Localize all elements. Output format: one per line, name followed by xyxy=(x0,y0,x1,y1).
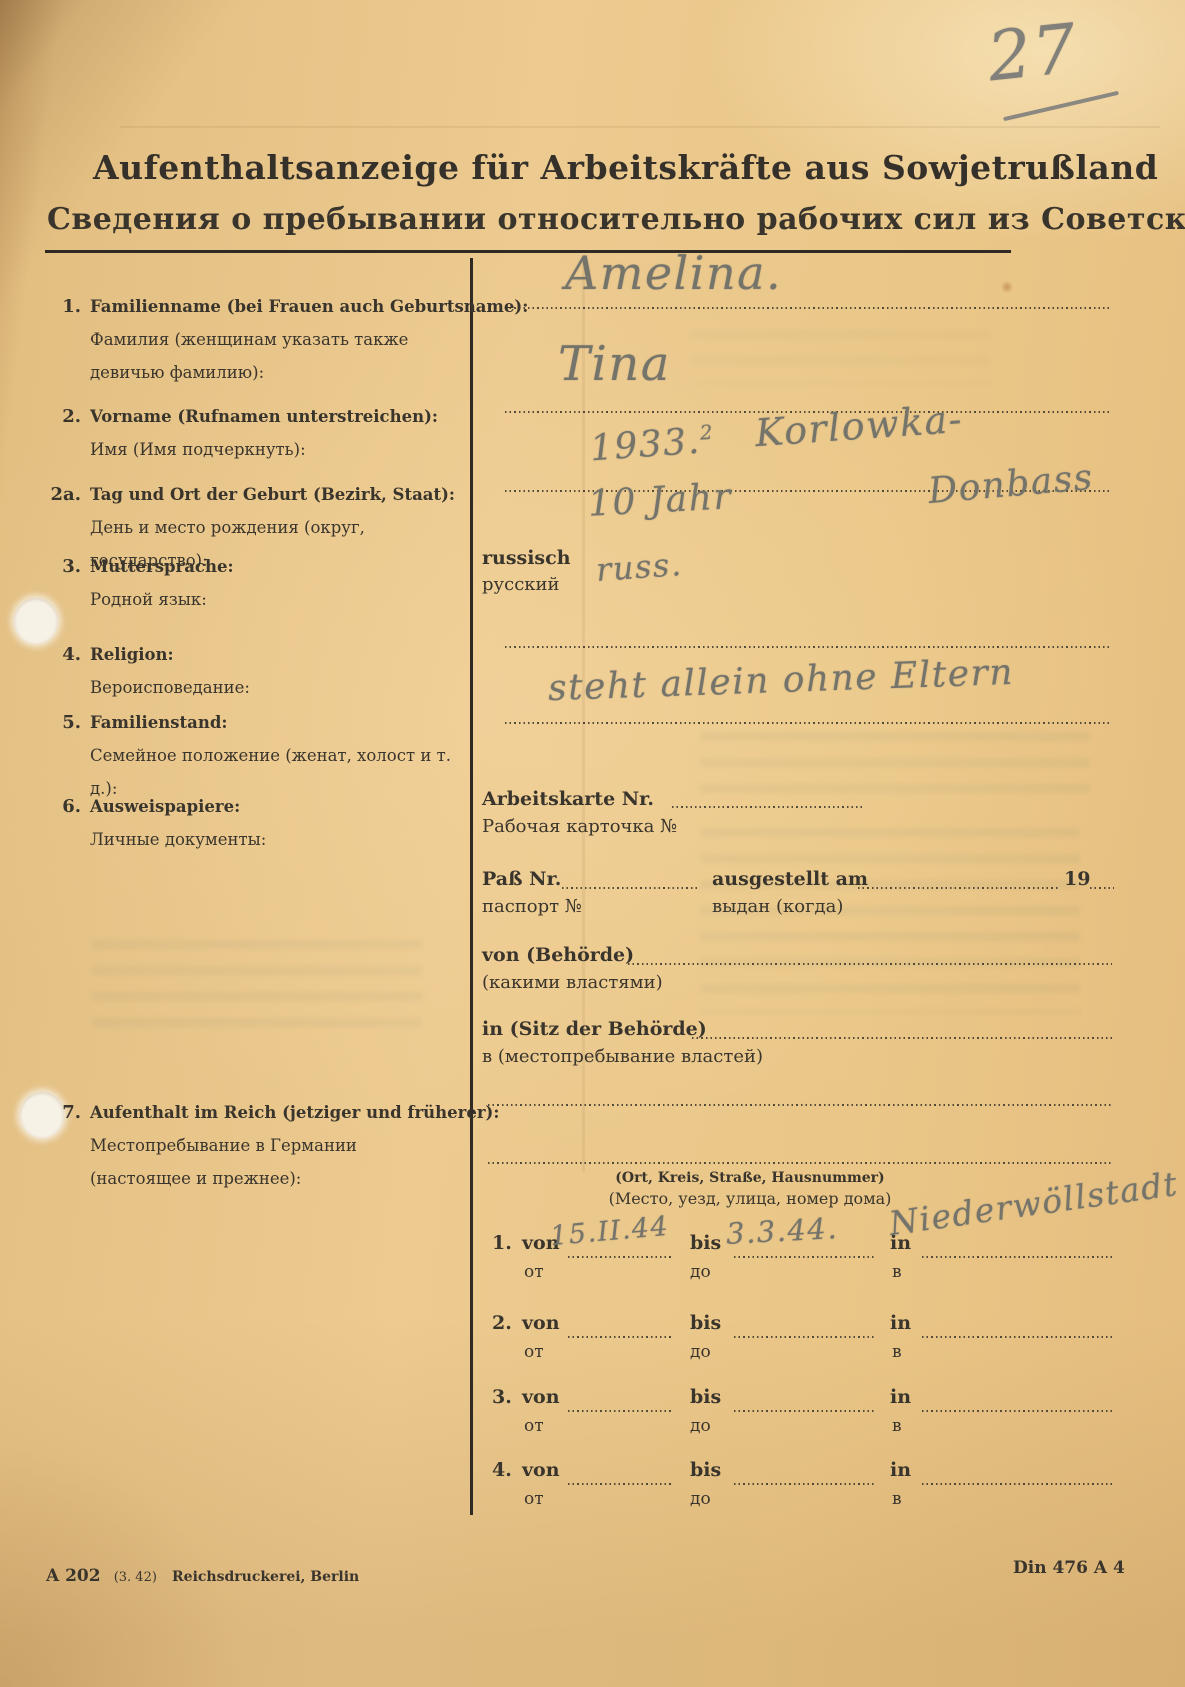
label-kakimi-vlastjami: (какими властями) xyxy=(482,972,663,993)
row-line-bis xyxy=(734,1410,876,1412)
printed-russisch: russisch xyxy=(482,547,571,569)
header-rule xyxy=(45,250,1011,253)
form-date: (3. 42) xyxy=(114,1570,157,1585)
label-bis: bis xyxy=(690,1386,721,1408)
label-in: in xyxy=(890,1459,911,1481)
label-do: до xyxy=(690,1416,711,1436)
row-number: 4. xyxy=(492,1459,512,1481)
label-ot: от xyxy=(524,1416,544,1436)
field-number: 1. xyxy=(50,290,90,389)
label-german: Familienstand: xyxy=(90,706,475,739)
row-line-von xyxy=(568,1256,674,1258)
residence-row-3: 3. von bis in от до в xyxy=(492,1386,1132,1450)
din-format-code: Din 476 A 4 xyxy=(1013,1558,1125,1578)
answer-line-familienname xyxy=(505,307,1112,309)
label-russian: Личные документы: xyxy=(90,823,475,856)
label-russian: Родной язык: xyxy=(90,583,475,616)
field-ausweispapiere: 6. Ausweispapiere: Личные документы: xyxy=(50,790,480,856)
handwriting-familienstand: steht allein ohne Eltern xyxy=(547,652,1014,709)
label-von: von xyxy=(522,1312,560,1334)
answer-line-ausgestellt xyxy=(858,887,1058,889)
answer-line-behoerde xyxy=(628,963,1112,965)
birth-year-superscript: 2 xyxy=(699,421,715,445)
label-german: Vorname (Rufnamen unterstreichen): xyxy=(90,400,475,433)
label-russian: Имя (Имя подчеркнуть): xyxy=(90,433,475,466)
field-number: 7. xyxy=(50,1096,90,1195)
label-von: von xyxy=(522,1459,560,1481)
row-line-bis xyxy=(734,1336,876,1338)
label-bis: bis xyxy=(690,1232,721,1254)
row-line-bis xyxy=(734,1483,876,1485)
label-ot: от xyxy=(524,1262,544,1282)
handwriting-birth-year: 1933.2 xyxy=(589,420,716,470)
label-in: in xyxy=(890,1312,911,1334)
handwriting-von-date: 15.II.44 xyxy=(549,1211,670,1252)
row-number: 3. xyxy=(492,1386,512,1408)
handwriting-surname: Amelina. xyxy=(565,246,782,300)
label-german: Muttersprache: xyxy=(90,550,475,583)
scanned-form-page: 27 Aufenthaltsanzeige für Arbeitskräfte … xyxy=(0,0,1185,1687)
label-pass-nr: Paß Nr. xyxy=(482,868,561,890)
form-title-russian: Сведения о пребывании относительно рабоч… xyxy=(47,202,1185,237)
row-line-in xyxy=(922,1336,1112,1338)
printed-russkij: русский xyxy=(482,574,560,595)
handwriting-birth-place: Korlowka- xyxy=(754,397,965,455)
label-bis: bis xyxy=(690,1459,721,1481)
field-number: 6. xyxy=(50,790,90,856)
label-in: in xyxy=(890,1386,911,1408)
pencil-underline xyxy=(1003,91,1119,121)
label-vydan-kogda: выдан (когда) xyxy=(712,896,843,917)
row-line-von xyxy=(568,1483,674,1485)
address-caption-german: (Ort, Kreis, Straße, Hausnummer) xyxy=(490,1170,1010,1186)
field-number: 4. xyxy=(50,638,90,704)
row-line-in xyxy=(922,1256,1112,1258)
handwritten-page-number: 27 xyxy=(984,10,1081,98)
handwriting-birth-place-2: Donbass xyxy=(927,457,1096,512)
label-do: до xyxy=(690,1342,711,1362)
answer-line-arbeitskarte xyxy=(672,806,862,808)
label-do: до xyxy=(690,1489,711,1509)
birth-year-text: 1933. xyxy=(589,421,702,470)
label-russian: Местопребывание в Германии xyxy=(90,1129,475,1162)
ink-bleedthrough xyxy=(700,828,1080,1013)
label-german: Ausweispapiere: xyxy=(90,790,475,823)
answer-line-religion xyxy=(505,646,1112,648)
label-v: в xyxy=(892,1489,902,1509)
answer-line-year xyxy=(1090,887,1114,889)
answer-line-familienstand xyxy=(505,722,1112,724)
row-number: 1. xyxy=(492,1232,512,1254)
label-ausgestellt-am: ausgestellt am xyxy=(712,868,868,890)
answer-line-sitz xyxy=(692,1037,1112,1039)
row-line-in xyxy=(922,1483,1112,1485)
ink-bleedthrough xyxy=(700,732,1090,794)
row-number: 2. xyxy=(492,1312,512,1334)
label-arbeitskarte: Arbeitskarte Nr. xyxy=(482,788,654,810)
form-code: A 202 xyxy=(46,1566,101,1586)
form-title-german: Aufenthaltsanzeige für Arbeitskräfte aus… xyxy=(93,148,1158,187)
row-line-in xyxy=(922,1410,1112,1412)
label-v: в xyxy=(892,1262,902,1282)
label-sitz-der-behoerde: in (Sitz der Behörde) xyxy=(482,1018,707,1040)
label-von-behoerde: von (Behörde) xyxy=(482,944,634,966)
label-russian: Вероисповедание: xyxy=(90,671,475,704)
label-pass-nr-ru: паспорт № xyxy=(482,896,582,917)
imprint: A 202 (3. 42) Reichsdruckerei, Berlin xyxy=(46,1566,359,1586)
handwriting-language: russ. xyxy=(595,545,684,589)
handwriting-firstname: Tina xyxy=(558,336,671,392)
ink-bleedthrough xyxy=(92,940,422,1035)
field-religion: 4. Religion: Вероисповедание: xyxy=(50,638,480,704)
field-muttersprache: 3. Muttersprache: Родной язык: xyxy=(50,550,480,616)
row-line-von xyxy=(568,1336,674,1338)
ink-bleedthrough xyxy=(690,330,990,385)
label-von: von xyxy=(522,1386,560,1408)
label-v: в xyxy=(892,1416,902,1436)
row-line-von xyxy=(568,1410,674,1412)
field-number: 3. xyxy=(50,550,90,616)
field-familienname: 1. Familienname (bei Frauen auch Geburts… xyxy=(50,290,480,389)
row-line-bis xyxy=(734,1256,876,1258)
field-number: 2. xyxy=(50,400,90,466)
label-bis: bis xyxy=(690,1312,721,1334)
paper-crease-horizontal xyxy=(120,126,1160,128)
label-ot: от xyxy=(524,1342,544,1362)
field-vorname: 2. Vorname (Rufnamen unterstreichen): Им… xyxy=(50,400,480,466)
answer-line-pass-nr xyxy=(562,887,700,889)
field-aufenthalt: 7. Aufenthalt im Reich (jetziger und frü… xyxy=(50,1096,480,1195)
label-russian: Фамилия (женщинам указать также девичью … xyxy=(90,323,475,389)
printer-name: Reichsdruckerei, Berlin xyxy=(172,1569,359,1585)
label-do: до xyxy=(690,1262,711,1282)
label-arbeitskarte-ru: Рабочая карточка № xyxy=(482,816,677,837)
residence-row-2: 2. von bis in от до в xyxy=(492,1312,1132,1376)
answer-line-aufenthalt-1 xyxy=(488,1104,1112,1106)
handwriting-birth-age: 10 Jahr xyxy=(587,476,733,524)
label-german: Familienname (bei Frauen auch Geburtsnam… xyxy=(90,290,475,323)
label-german: Tag und Ort der Geburt (Bezirk, Staat): xyxy=(90,478,475,511)
label-german: Aufenthalt im Reich (jetziger und früher… xyxy=(90,1096,475,1129)
label-mesto-vlastej: в (местопребывание властей) xyxy=(482,1046,763,1067)
residence-row-4: 4. von bis in от до в xyxy=(492,1459,1132,1523)
label-german: Religion: xyxy=(90,638,475,671)
label-year-19: 19 xyxy=(1064,868,1090,890)
label-v: в xyxy=(892,1342,902,1362)
label-russian: (настоящее и прежнее): xyxy=(90,1162,475,1195)
label-ot: от xyxy=(524,1489,544,1509)
handwriting-bis-date: 3.3.44. xyxy=(725,1211,839,1251)
answer-line-aufenthalt-2 xyxy=(488,1162,1112,1164)
residence-row-1: 1. von bis in от до в 15.II.44 3.3.44. N… xyxy=(492,1232,1132,1296)
